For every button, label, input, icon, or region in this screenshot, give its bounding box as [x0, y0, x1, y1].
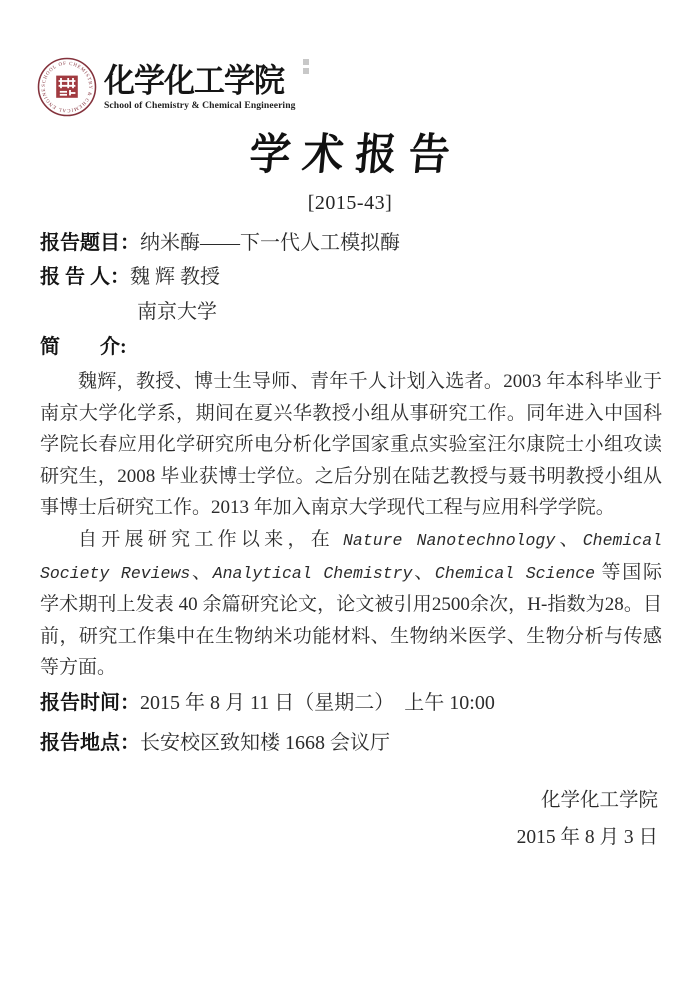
page-title: 学术报告 [0, 121, 700, 180]
report-topic-line: 报告题目：纳米酶——下一代人工模拟酶 [40, 228, 660, 258]
college-logo-text: 化学化工学院 School of Chemistry & Chemical En… [104, 64, 296, 111]
report-time-label: 报告时间： [40, 692, 140, 714]
announcement-page: SCHOOL OF CHEMISTRY & CHEMICAL ENGINEERI… [0, 0, 700, 989]
report-time-line: 报告时间：2015 年 8 月 11 日（星期二） 上午 10:00 [40, 688, 660, 718]
report-place-label: 报告地点： [40, 732, 140, 754]
intro-section-label: 简 介: [40, 332, 660, 362]
report-place-line: 报告地点：长安校区致知楼 1668 会议厅 [40, 728, 660, 758]
issue-number: [2015-43] [0, 192, 700, 215]
report-speaker-label: 报 告 人： [40, 266, 130, 288]
speaker-affiliation: 南京大学 [40, 297, 660, 327]
report-topic-label: 报告题目： [40, 232, 140, 254]
signature-date: 2015 年 8 月 3 日 [517, 821, 658, 849]
report-time-value: 2015 年 8 月 11 日（星期二） 上午 10:00 [140, 692, 495, 714]
intro-label-text: 简 介: [40, 336, 127, 358]
report-topic-value: 纳米酶——下一代人工模拟酶 [140, 232, 400, 254]
speaker-bio: 魏辉，教授、博士生导师、青年千人计划入选者。2003 年本科毕业于南京大学化学系… [40, 366, 662, 684]
college-logo: SCHOOL OF CHEMISTRY & CHEMICAL ENGINEERI… [37, 57, 309, 117]
bio-paragraph-1: 魏辉，教授、博士生导师、青年千人计划入选者。2003 年本科毕业于南京大学化学系… [40, 366, 662, 524]
college-name-cn: 化学化工学院 [104, 63, 296, 98]
report-speaker-line: 报 告 人：魏 辉 教授 [40, 262, 660, 292]
signature-org: 化学化工学院 [541, 784, 658, 812]
report-place-value: 长安校区致知楼 1668 会议厅 [140, 732, 390, 754]
college-seal-icon: SCHOOL OF CHEMISTRY & CHEMICAL ENGINEERI… [37, 57, 97, 117]
bio-paragraph-2: 自开展研究工作以来，在 Nature Nanotechnology、Chemic… [40, 524, 662, 684]
logo-side-annotation [303, 59, 309, 74]
report-speaker-value: 魏 辉 教授 [130, 266, 220, 288]
page-title-text: 学术报告 [235, 120, 464, 182]
college-name-en: School of Chemistry & Chemical Engineeri… [104, 100, 296, 111]
